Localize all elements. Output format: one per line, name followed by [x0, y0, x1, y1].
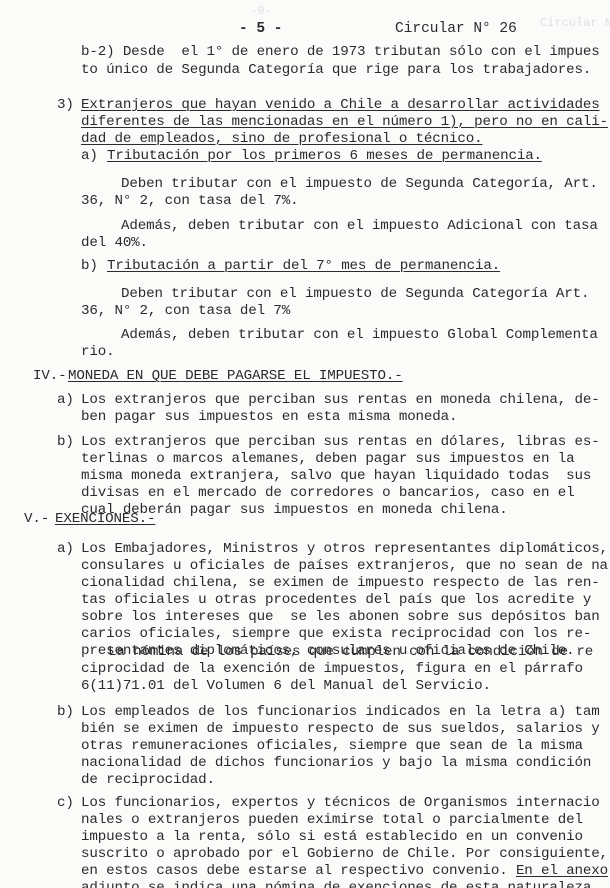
item-marker: a)	[57, 541, 74, 557]
item-marker: b)	[81, 258, 98, 274]
paragraph-line: rio.	[81, 344, 114, 360]
item-marker: a)	[81, 148, 98, 164]
text-run: en estos casos debe estarse al respectiv…	[81, 863, 516, 879]
paragraph-line: del 40%.	[81, 235, 148, 251]
paragraph-line: misma moneda extranjera, salvo que hayan…	[81, 468, 591, 484]
b2-line: to único de Segunda Categoría que rige p…	[81, 62, 591, 78]
paragraph-line: Deben tributar con el impuesto de Segund…	[121, 176, 598, 192]
section-numeral: IV.-	[33, 368, 66, 384]
item3-heading-line: dad de empleados, sino de profesional o …	[81, 131, 482, 147]
paragraph-line: terlinas o marcos alemanes, deben pagar …	[81, 451, 574, 467]
paragraph-line: Deben tributar con el impuesto de Segund…	[121, 286, 589, 302]
paragraph-line: carios oficiales, siempre que exista rec…	[81, 626, 591, 642]
item-marker: b)	[57, 704, 74, 720]
paragraph-line: ciprocidad de la exención de impuestos, …	[81, 661, 583, 677]
paragraph-line: impuesto a la renta, sólo si está establ…	[81, 829, 583, 845]
page-number: - 5 -	[239, 21, 283, 37]
b2-line: b-2) Desde el 1° de enero de 1973 tribut…	[81, 44, 600, 60]
section-title: EXENCIONES.-	[55, 511, 155, 527]
section-title: MONEDA EN QUE DEBE PAGARSE EL IMPUESTO.-	[68, 368, 403, 384]
paragraph-line: de reciprocidad.	[81, 772, 215, 788]
paragraph-line: suscrito o aprobado por el Gobierno de C…	[81, 846, 608, 862]
item-marker: b)	[57, 434, 74, 450]
paragraph-line: Los extranjeros que perciban sus rentas …	[81, 392, 600, 408]
underlined-text-run: En el anexo	[516, 863, 608, 879]
item3-heading-line: Extranjeros que hayan venido a Chile a d…	[81, 97, 600, 113]
paragraph-line: sobre los intereses que se les abonen so…	[81, 609, 600, 625]
subsection-title: Tributación a partir del 7° mes de perma…	[107, 258, 500, 274]
underlined-paragraph-line: adjunto se indica una nómina de exencion…	[81, 880, 600, 888]
paragraph-line: cionalidad chilena, se eximen de impuest…	[81, 575, 600, 591]
item-marker: 3)	[57, 97, 74, 113]
bleed-through-text: -9-	[250, 4, 272, 18]
paragraph-line: 36, N° 2, con tasa del 7%.	[81, 193, 298, 209]
paragraph-line: divisas en el mercado de corredores o ba…	[81, 485, 574, 501]
bleed-through-text: Circular N°	[540, 16, 610, 30]
paragraph-line: nacionalidad de dichos funcionarios y ba…	[81, 755, 591, 771]
paragraph-line: bién se eximen de impuesto respecto de s…	[81, 721, 600, 737]
paragraph-line: Los extranjeros que perciban sus rentas …	[81, 434, 600, 450]
paragraph-line: 36, N° 2, con tasa del 7%	[81, 303, 290, 319]
paragraph-line: Los funcionarios, expertos y técnicos de…	[81, 795, 600, 811]
subsection-title: Tributación por los primeros 6 meses de …	[107, 148, 542, 164]
paragraph-line: consulares u oficiales de países extranj…	[81, 558, 608, 574]
paragraph-line: Además, deben tributar con el impuesto A…	[121, 218, 598, 234]
item-marker: a)	[57, 392, 74, 408]
circular-number: Circular N° 26	[395, 21, 517, 37]
document-page: -9- Circular N° - 5 - Circular N° 26 b-2…	[0, 0, 610, 888]
paragraph-line: Los Embajadores, Ministros y otros repre…	[81, 541, 608, 557]
paragraph-line: Además, deben tributar con el impuesto G…	[121, 327, 598, 343]
paragraph-line: nales o extranjeros pueden eximirse tota…	[81, 812, 583, 828]
paragraph-line: 6(11)71.01 del Volumen 6 del Manual del …	[81, 678, 491, 694]
paragraph-line: otras remuneraciones oficiales, siempre …	[81, 738, 583, 754]
paragraph-line: Los empleados de los funcionarios indica…	[81, 704, 600, 720]
item3-heading-line: diferentes de las mencionadas en el núme…	[81, 114, 608, 130]
item-marker: c)	[57, 795, 74, 811]
paragraph-line: ben pagar sus impuestos en esta misma mo…	[81, 409, 457, 425]
section-numeral: V.-	[24, 511, 49, 527]
paragraph-line: tas oficiales u otras procedentes del pa…	[81, 592, 591, 608]
paragraph-line: La nómina de los países que cumplen con …	[108, 644, 593, 660]
paragraph-line: en estos casos debe estarse al respectiv…	[81, 863, 608, 879]
